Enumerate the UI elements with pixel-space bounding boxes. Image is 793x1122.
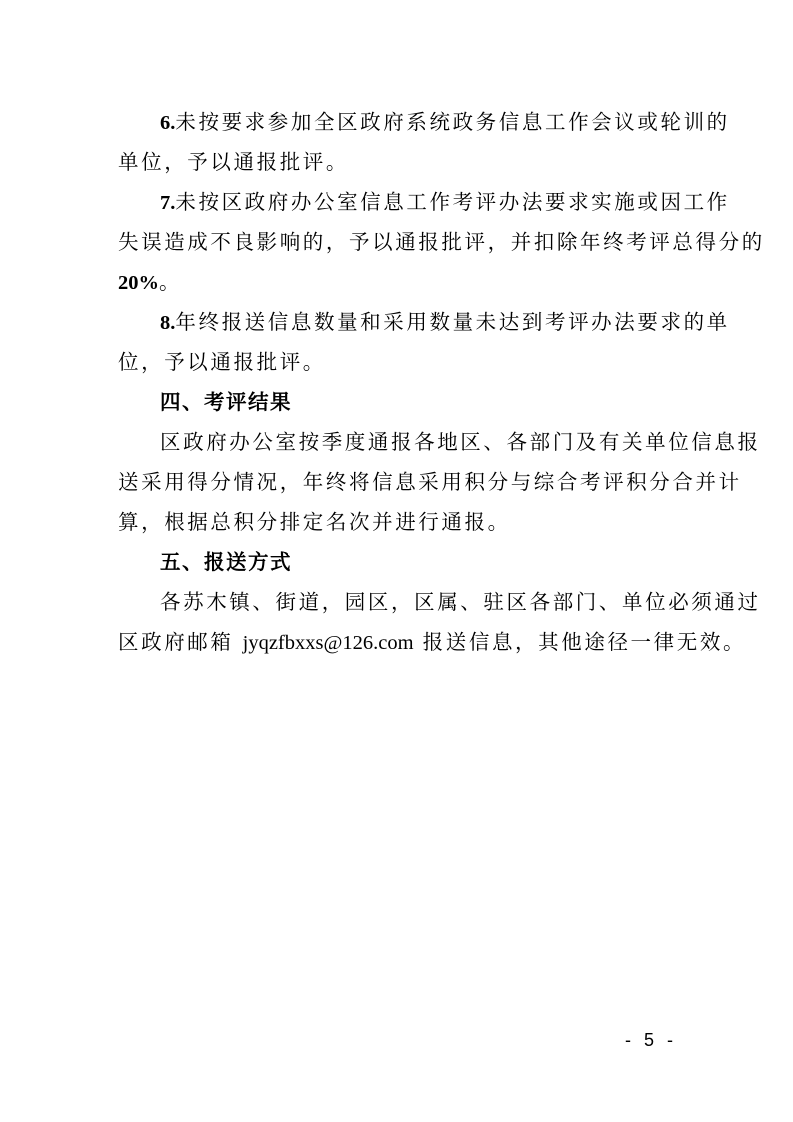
item-6-line-1: 6.未按要求参加全区政府系统政务信息工作会议或轮训的 [160, 110, 720, 135]
item-7-line-2: 失误造成不良影响的，予以通报批评，并扣除年终考评总得分的 [118, 230, 678, 254]
item-8-line-1: 8.年终报送信息数量和采用数量未达到考评办法要求的单 [160, 310, 720, 335]
page-number: - 5 - [625, 1030, 677, 1051]
document-page: 6.未按要求参加全区政府系统政务信息工作会议或轮训的 单位，予以通报批评。 7.… [0, 0, 793, 1122]
section-4-line-3: 算，根据总积分排定名次并进行通报。 [118, 510, 678, 534]
item-7-text: 未按区政府办公室信息工作考评办法要求实施或因工作 [175, 190, 729, 214]
section-4-line-2: 送采用得分情况，年终将信息采用积分与综合考评积分合并计 [118, 470, 678, 494]
item-8-text: 年终报送信息数量和采用数量未达到考评办法要求的单 [175, 310, 729, 334]
section-5-line-1: 各苏木镇、街道，园区，区属、驻区各部门、单位必须通过 [160, 590, 720, 614]
item-8-number: 8. [160, 312, 175, 334]
item-7-number: 7. [160, 192, 175, 214]
item-6-text: 未按要求参加全区政府系统政务信息工作会议或轮训的 [175, 110, 729, 134]
item-7-percent: 20% [118, 272, 159, 294]
email-address: jyqzfbxxs@126.com [243, 632, 414, 654]
item-7-line-3: 20%。 [118, 270, 678, 295]
item-7-line-1: 7.未按区政府办公室信息工作考评办法要求实施或因工作 [160, 190, 720, 215]
item-7-line-3-tail: 。 [159, 270, 182, 294]
item-8-line-2: 位，予以通报批评。 [118, 350, 678, 374]
section-5-heading: 五、报送方式 [160, 550, 720, 574]
item-6-line-2: 单位，予以通报批评。 [118, 150, 678, 174]
section-4-heading: 四、考评结果 [160, 390, 720, 414]
item-6-number: 6. [160, 112, 175, 134]
section-5-line-2-post: 报送信息，其他途径一律无效。 [414, 630, 747, 654]
section-4-line-1: 区政府办公室按季度通报各地区、各部门及有关单位信息报 [160, 430, 720, 454]
section-5-line-2-pre: 区政府邮箱 [118, 630, 243, 654]
section-5-line-2: 区政府邮箱 jyqzfbxxs@126.com 报送信息，其他途径一律无效。 [118, 630, 678, 655]
